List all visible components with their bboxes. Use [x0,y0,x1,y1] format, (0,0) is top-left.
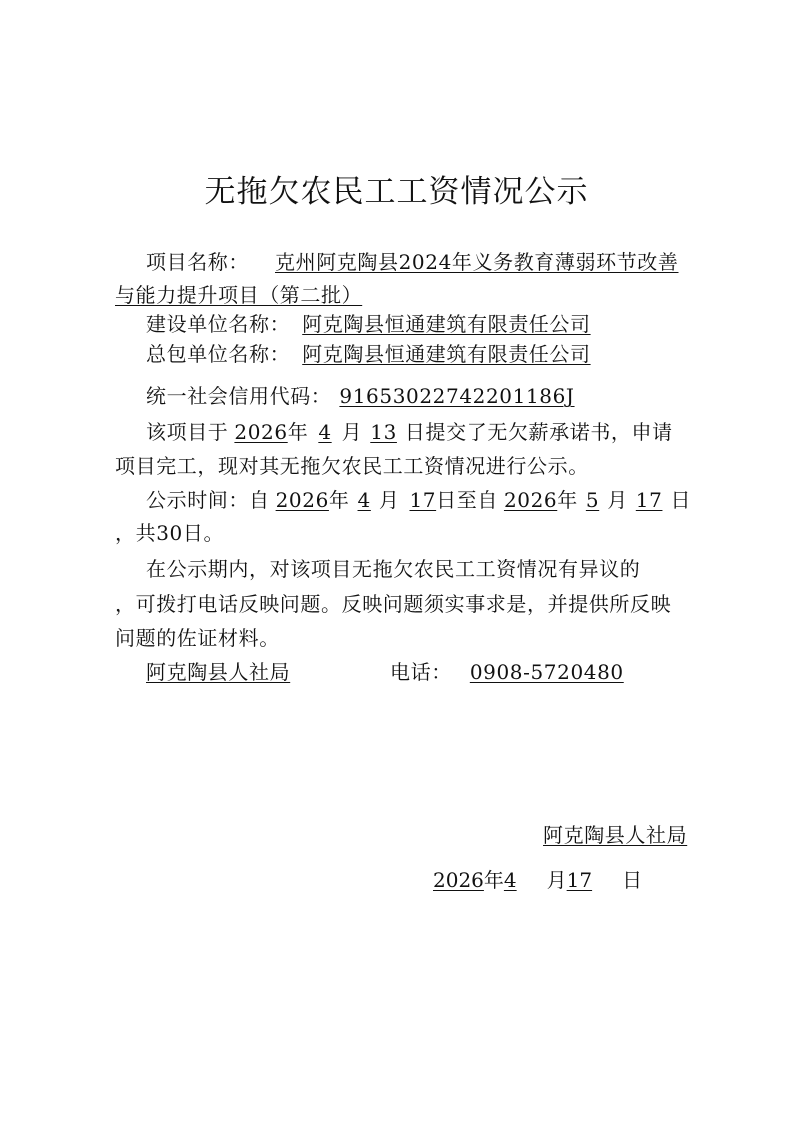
year-unit: 年 [484,868,504,892]
project-name-line-2: 与能力提升项目（第二批） [115,280,362,310]
period-line-2: ，共30日。 [115,518,224,548]
contact-line: 阿克陶县人社局 [146,657,290,687]
signature-month: 4 [504,868,547,892]
submission-suffix: 日提交了无欠薪承诺书，申请 [405,420,673,444]
period-prefix: 公示时间：自 [146,488,270,512]
day-unit: 日 [622,868,642,892]
month-unit: 月 [342,420,363,444]
project-name-line: 项目名称：克州阿克陶县2024年义务教育薄弱环节改善 [146,247,679,277]
general-contractor-label: 总包单位名称： [146,342,290,366]
period-line: 公示时间：自2026年4月17日至自2026年5月17日 [146,485,691,515]
submission-day: 13 [362,420,405,444]
period-end-month: 5 [578,488,607,512]
period-start-year: 2026 [270,488,329,512]
phone-label: 电话： [390,660,452,684]
objection-text-1: 在公示期内，对该项目无拖欠农民工工资情况有异议的 [146,557,640,581]
day-unit: 日 [670,488,691,512]
objection-line-3: 问题的佐证材料。 [115,623,280,653]
submission-line: 该项目于2026年4月13日提交了无欠薪承诺书，申请 [146,417,673,447]
submission-text: 项目完工，现对其无拖欠农民工工资情况进行公示。 [115,454,589,478]
period-start-month: 4 [350,488,379,512]
objection-text-3: 问题的佐证材料。 [115,626,280,650]
signature-year: 2026 [433,868,484,892]
month-unit: 月 [607,488,628,512]
year-unit: 年 [557,488,578,512]
signature-date-line: 2026年4月17日 [433,865,642,895]
credit-code-label: 统一社会信用代码： [146,384,331,408]
submission-line-2: 项目完工，现对其无拖欠农民工工资情况进行公示。 [115,451,589,481]
month-unit: 月 [379,488,400,512]
year-unit: 年 [288,420,309,444]
general-contractor-line: 总包单位名称：阿克陶县恒通建筑有限责任公司 [146,339,591,369]
objection-line-1: 在公示期内，对该项目无拖欠农民工工资情况有异议的 [146,554,640,584]
signature-day: 17 [567,868,622,892]
credit-code-line: 统一社会信用代码：91653022742201186J [146,381,575,411]
signature-org-line: 阿克陶县人社局 [543,820,687,850]
document-title: 无拖欠农民工工资情况公示 [0,166,793,211]
credit-code-value: 91653022742201186J [331,384,574,408]
objection-text-2: ，可拨打电话反映问题。反映问题须实事求是，并提供所反映 [115,592,671,616]
period-total: ，共30日。 [115,521,224,545]
project-name-value-continued: 与能力提升项目（第二批） [115,283,362,307]
signature-org: 阿克陶县人社局 [543,823,687,847]
objection-line-2: ，可拨打电话反映问题。反映问题须实事求是，并提供所反映 [115,589,671,619]
submission-prefix: 该项目于 [146,420,228,444]
document-page: 无拖欠农民工工资情况公示 项目名称：克州阿克陶县2024年义务教育薄弱环节改善 … [0,0,793,1122]
builder-line: 建设单位名称：阿克陶县恒通建筑有限责任公司 [146,309,591,339]
submission-year: 2026 [228,420,287,444]
period-mid: 日至自 [436,488,498,512]
builder-label: 建设单位名称： [146,312,290,336]
period-end-day: 17 [628,488,671,512]
period-start-day: 17 [399,488,436,512]
contact-org: 阿克陶县人社局 [146,660,290,684]
period-end-year: 2026 [498,488,557,512]
year-unit: 年 [329,488,350,512]
builder-value: 阿克陶县恒通建筑有限责任公司 [290,312,590,336]
month-unit: 月 [547,868,567,892]
submission-month: 4 [308,420,341,444]
project-name-value: 克州阿克陶县2024年义务教育薄弱环节改善 [249,250,679,274]
general-contractor-value: 阿克陶县恒通建筑有限责任公司 [290,342,590,366]
project-name-label: 项目名称： [146,250,249,274]
contact-phone-line: 电话：0908-5720480 [390,657,624,687]
phone-value: 0908-5720480 [452,660,624,684]
